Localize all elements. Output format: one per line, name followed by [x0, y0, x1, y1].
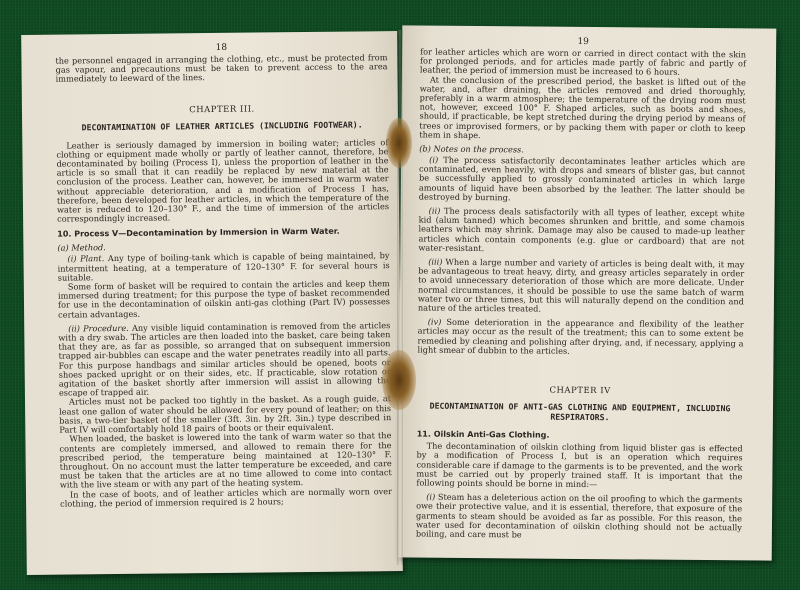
- paragraph: The decontamination of oilskin clothing …: [416, 442, 742, 491]
- book-spine: [397, 30, 403, 565]
- paragraph: (iii) When a large number and variety of…: [418, 258, 744, 316]
- left-page-content: 18 the personnel engaged in arranging th…: [55, 41, 392, 508]
- paragraph: (i) The process satisfactorily decontami…: [419, 156, 745, 205]
- paragraph: Some form of basket will be required to …: [58, 279, 390, 319]
- chapter-label: CHAPTER IV: [417, 385, 743, 398]
- paragraph: In the case of boots, and of leather art…: [60, 487, 392, 509]
- paragraph-text: The process deals satisfactorily with al…: [418, 206, 744, 253]
- paragraph: (i) Steam has a deleterious action on th…: [416, 493, 742, 542]
- chapter-title: DECONTAMINATION OF LEATHER ARTICLES (INC…: [56, 119, 388, 132]
- paragraph: Articles must not be packed too tightly …: [59, 395, 391, 435]
- paragraph: (iv) Some deterioration in the appearanc…: [417, 318, 743, 358]
- chapter-label: CHAPTER III.: [56, 103, 388, 116]
- paragraph-text: The process satisfactorily decontaminate…: [419, 155, 745, 202]
- paragraph: When loaded, the basket is lowered into …: [59, 431, 392, 490]
- paragraph: the personnel engaged in arranging the c…: [55, 53, 387, 84]
- paragraph: for leather articles which are worn or c…: [420, 48, 746, 78]
- paragraph-text: When a large number and variety of artic…: [418, 257, 744, 314]
- right-page: 19 for leather articles which are worn o…: [398, 25, 777, 560]
- paragraph-text: Some deterioration in the appearance and…: [417, 317, 743, 356]
- paragraph: Leather is seriously damaged by immersio…: [56, 138, 389, 224]
- chapter-title: DECONTAMINATION OF ANTI-GAS CLOTHING AND…: [417, 401, 743, 424]
- paragraph-text: Any visible liquid contamination is remo…: [58, 320, 391, 398]
- section-heading: 11. Oilskin Anti-Gas Clothing.: [417, 430, 743, 442]
- paragraph-text: Any type of boiling-tank which is capabl…: [58, 251, 390, 283]
- staple-rust-stain: [386, 118, 412, 168]
- staple-rust-stain: [382, 350, 416, 410]
- paragraph: At the conclusion of the prescribed peri…: [419, 75, 746, 142]
- paragraph: (ii) Procedure. Any visible liquid conta…: [58, 321, 391, 398]
- paragraph-text: Steam has a deleterious action on the oi…: [416, 492, 742, 540]
- right-page-content: 19 for leather articles which are worn o…: [416, 36, 746, 542]
- paragraph: (ii) The process deals satisfactorily wi…: [418, 207, 744, 256]
- left-page: 18 the personnel engaged in arranging th…: [21, 31, 403, 575]
- section-heading: 10. Process V—Decontamination by Immersi…: [57, 227, 389, 239]
